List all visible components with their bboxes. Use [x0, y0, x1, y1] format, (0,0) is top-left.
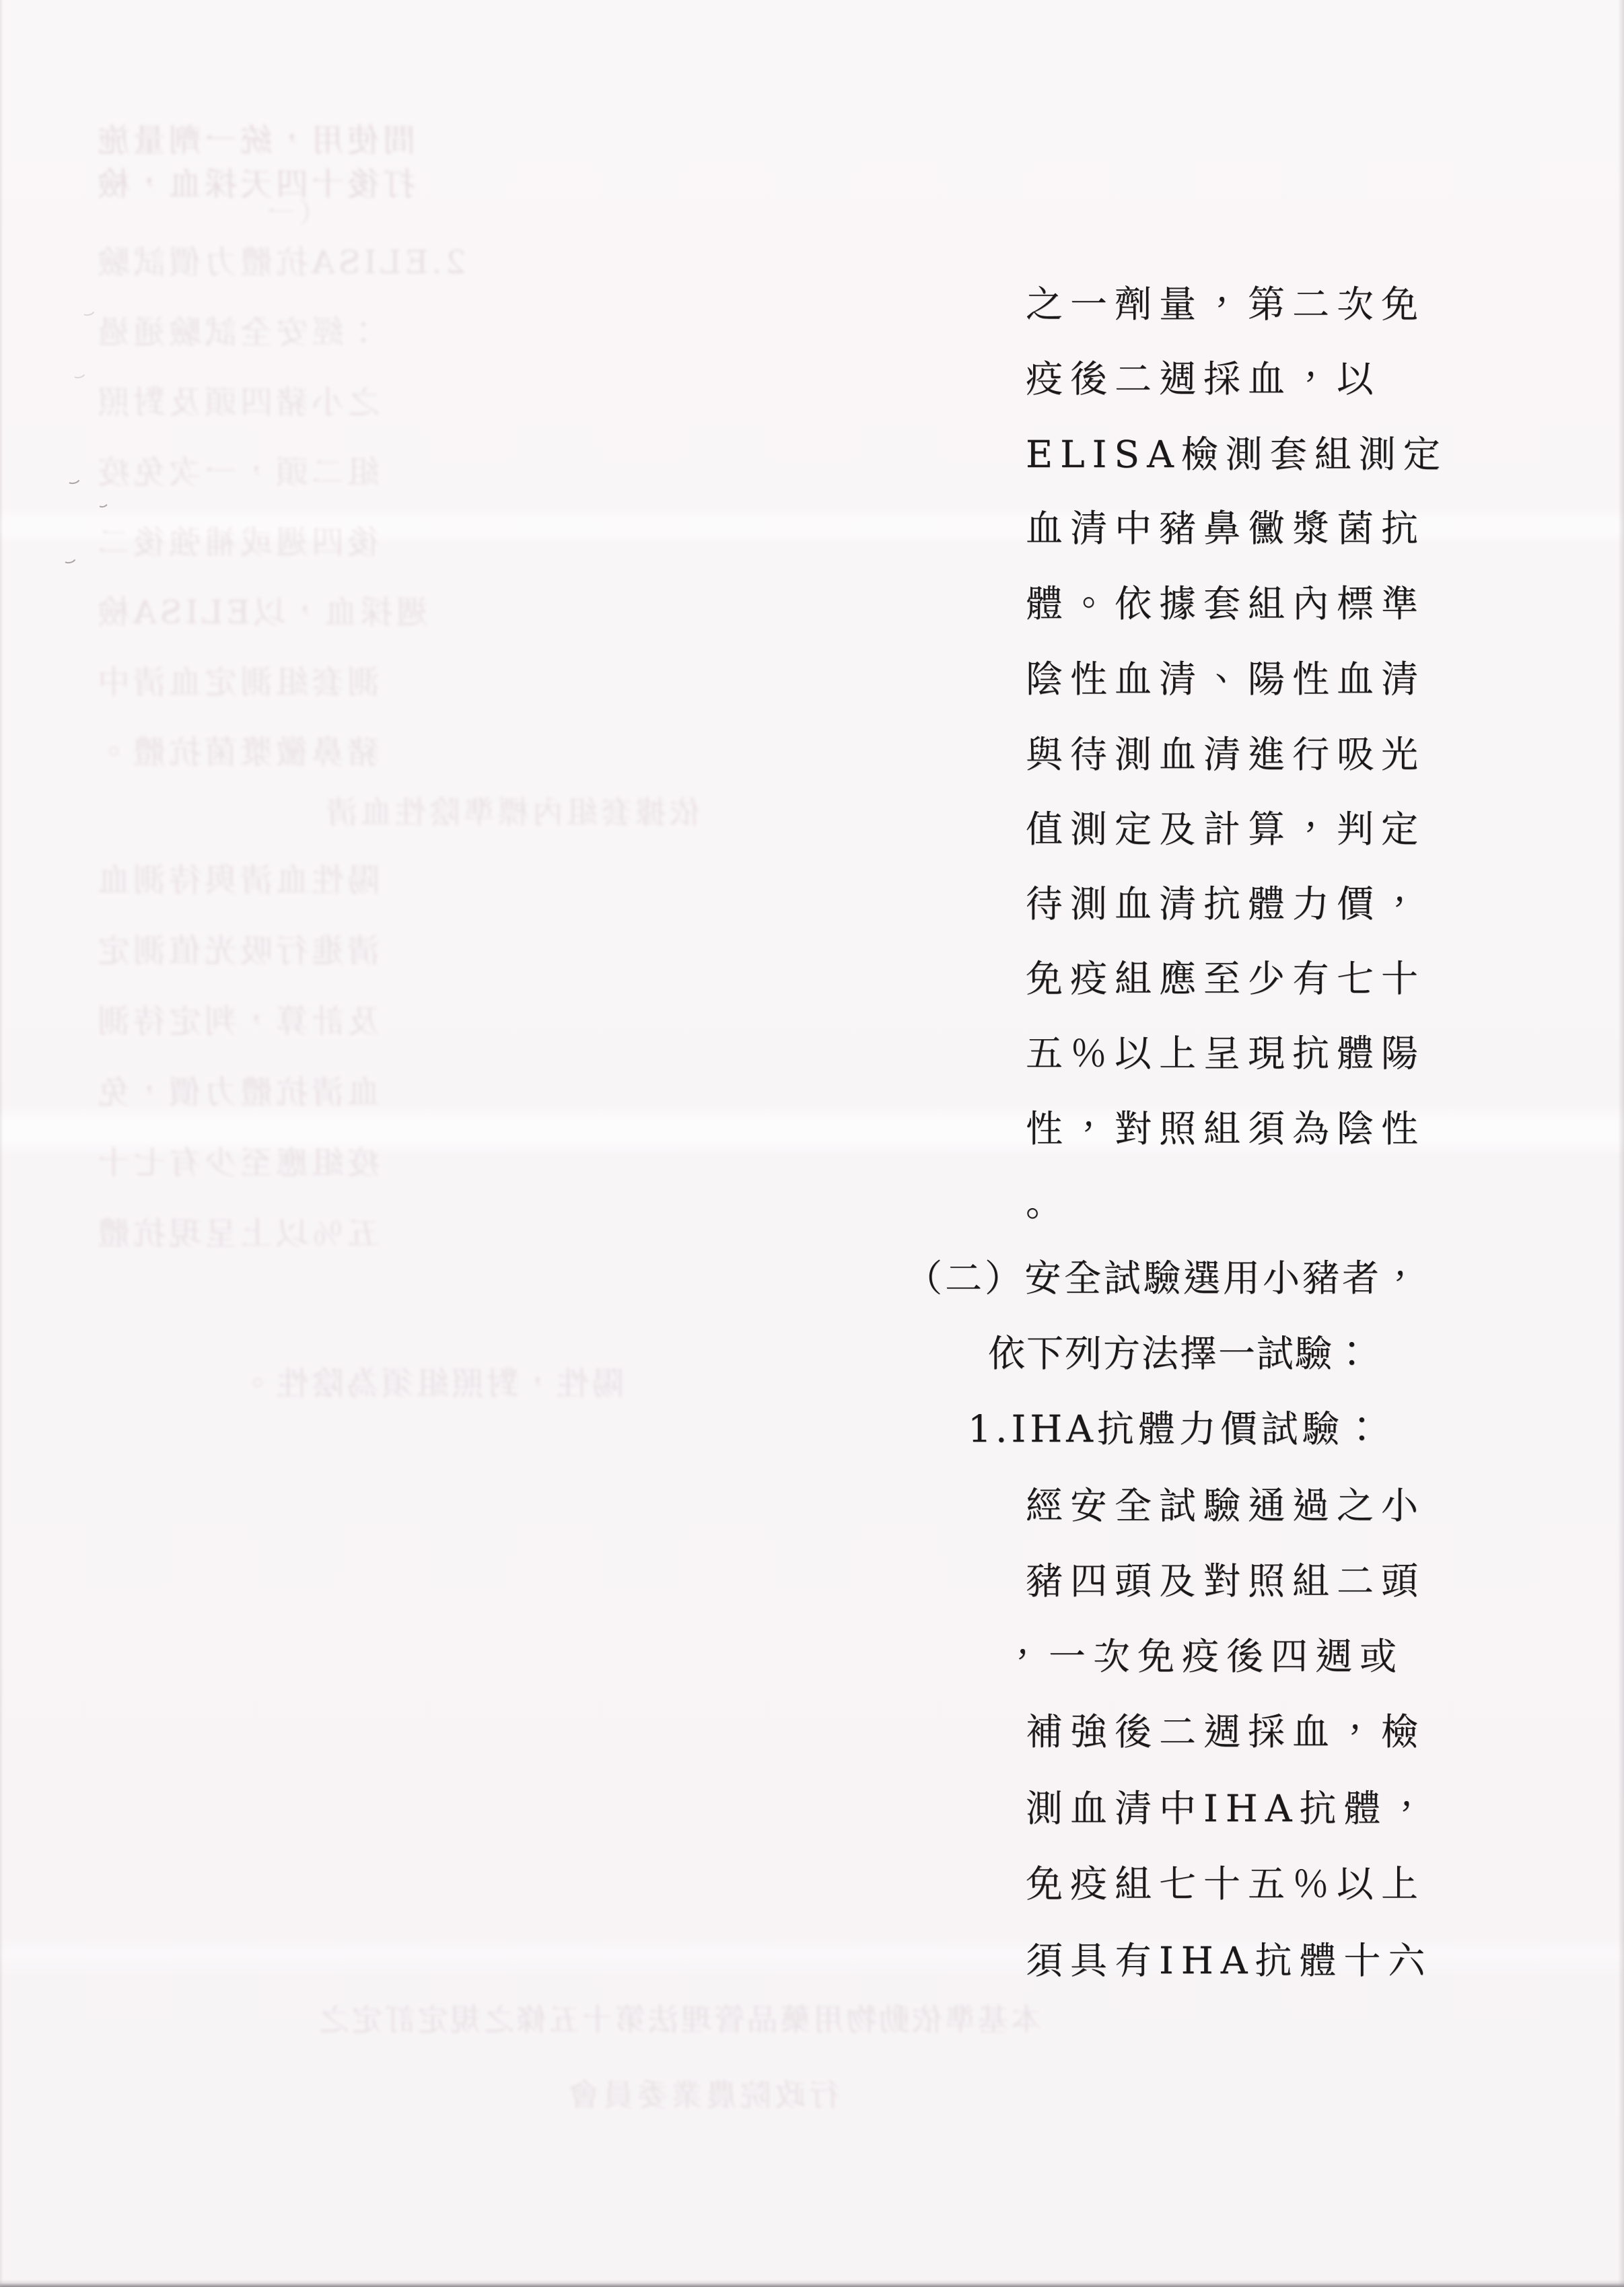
text-line: 補強後二週採血，檢 [1026, 1714, 1425, 1751]
bleed-line: 血清抗體力價，免 [94, 1076, 380, 1109]
bleed-line: 疫組應至少有七十 [94, 1147, 380, 1179]
bleed-line: 五％以上呈現抗體 [94, 1218, 380, 1250]
text-line: 免疫組應至少有七十 [1026, 960, 1425, 997]
paper-speck [61, 551, 77, 565]
page-edge-left [0, 0, 3, 2287]
bleed-line: （一 [264, 199, 327, 227]
bleed-line: 打後十四天採血，檢 [94, 168, 415, 201]
bleed-line: 後四週或補強後二 [94, 526, 380, 559]
paper-speck [65, 471, 81, 486]
bleed-line: 測套組測定血清中 [94, 666, 380, 699]
bleed-line: 之小豬四頭及對照 [94, 386, 380, 419]
bleed-line: 2.ELISA抗體力價試驗 [94, 246, 466, 279]
scanned-document-page: 間使用，統一劑量施 打後十四天採血，檢 （一 2.ELISA抗體力價試驗 ：經安… [0, 0, 1624, 2287]
text-line: 豬四頭及對照組二頭 [1026, 1563, 1425, 1600]
text-line: ELISA檢測套組測定 [1026, 436, 1448, 473]
bleed-line: 陽性，對照組須為陰性。 [239, 1368, 624, 1400]
text-line: ，一次免疫後四週或 [1004, 1638, 1404, 1675]
text-line: 陰性血清、陽性血清 [1026, 661, 1425, 698]
bleed-line: 清進行吸光值測定 [94, 935, 380, 967]
text-line: 免疫組七十五％以上 [1026, 1866, 1425, 1903]
paper-speck [96, 497, 110, 509]
text-line: 之一劑量，第二次免 [1026, 286, 1425, 323]
text-line: 須具有IHA抗體十六 [1026, 1942, 1432, 1979]
text-line-list-item: 1.IHA抗體力價試驗： [968, 1411, 1384, 1448]
paper-speck [70, 365, 87, 380]
bleed-line: 本基準依動物用藥品管理法第十五條之規定訂定之 [316, 2004, 1042, 2035]
page-edge-bottom [0, 2280, 1624, 2287]
text-line: 與待測血清進行吸光 [1026, 736, 1425, 773]
text-line: 依下列方法擇一試驗： [988, 1335, 1372, 1372]
text-line-section-heading: （二）安全試驗選用小豬者， [905, 1260, 1421, 1297]
text-line: 經安全試驗通過之小 [1026, 1487, 1425, 1524]
bleed-line: 及計算，判定待測 [94, 1006, 380, 1038]
bleed-line: 陽性血清與待測血 [94, 864, 380, 896]
text-line: 體。依據套組內標準 [1026, 586, 1425, 623]
text-line: 。 [1026, 1185, 1070, 1222]
bleed-line: 依據套組內標準陰性血清 [323, 797, 701, 828]
text-line: 五％以上呈現抗體陽 [1026, 1035, 1425, 1072]
text-line: 血清中豬鼻黴漿菌抗 [1026, 510, 1425, 547]
bleed-line: 週採血，以ELISA檢 [94, 596, 428, 629]
bleed-line: 組二頭，一次免疫 [94, 456, 380, 489]
text-line: 待測血清抗體力價， [1026, 886, 1425, 923]
bleed-line: 間使用，統一劑量施 [94, 125, 415, 157]
text-line: 性，對照組須為陰性 [1026, 1111, 1425, 1148]
text-line: 疫後二週採血，以 [1026, 361, 1381, 398]
bleed-line: 豬鼻黴漿菌抗體。 [94, 736, 380, 769]
text-line: 值測定及計算，判定 [1026, 811, 1425, 848]
bleed-line: 行政院農業委員會 [565, 2080, 840, 2111]
page-edge-right [1618, 0, 1624, 2287]
text-line: 測血清中IHA抗體， [1026, 1790, 1432, 1827]
paper-speck [79, 303, 96, 318]
bleed-line: ：經安全試驗通過 [94, 316, 380, 349]
